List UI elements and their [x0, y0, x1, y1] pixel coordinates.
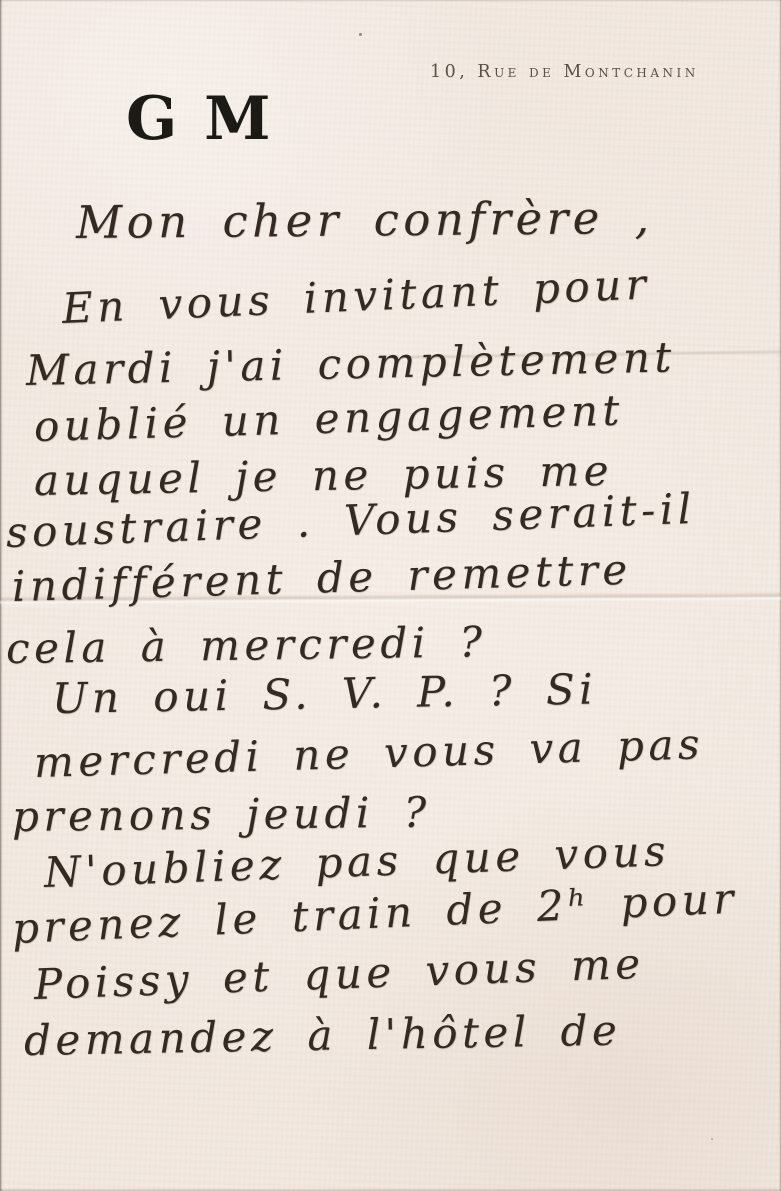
handwritten-line: Mardi j'ai complètement: [25, 332, 676, 395]
handwritten-line: mercredi ne vous va pas: [33, 719, 704, 787]
paper-speck: [711, 1138, 713, 1140]
monogram-gm: G M: [126, 84, 274, 154]
handwritten-line: cela à mercredi ?: [6, 617, 487, 673]
paper-speck: [359, 33, 362, 36]
paper-edge-top: [0, 0, 781, 2]
handwritten-line: En vous invitant pour: [61, 259, 651, 333]
handwritten-line: oublié un engagement: [33, 386, 624, 451]
handwritten-line: demandez à l'hôtel de: [24, 1006, 622, 1065]
handwritten-line: prenons jeudi ?: [12, 788, 431, 841]
scanned-letter-page: 10, Rue de Montchanin G M Mon cher confr…: [0, 0, 781, 1191]
letterhead-address: 10, Rue de Montchanin: [430, 62, 699, 82]
handwritten-line-salutation: Mon cher confrère ,: [76, 191, 654, 249]
handwritten-line: Un oui S. V. P. ? Si: [52, 664, 598, 723]
handwritten-line: Poissy et que vous me: [33, 939, 645, 1009]
